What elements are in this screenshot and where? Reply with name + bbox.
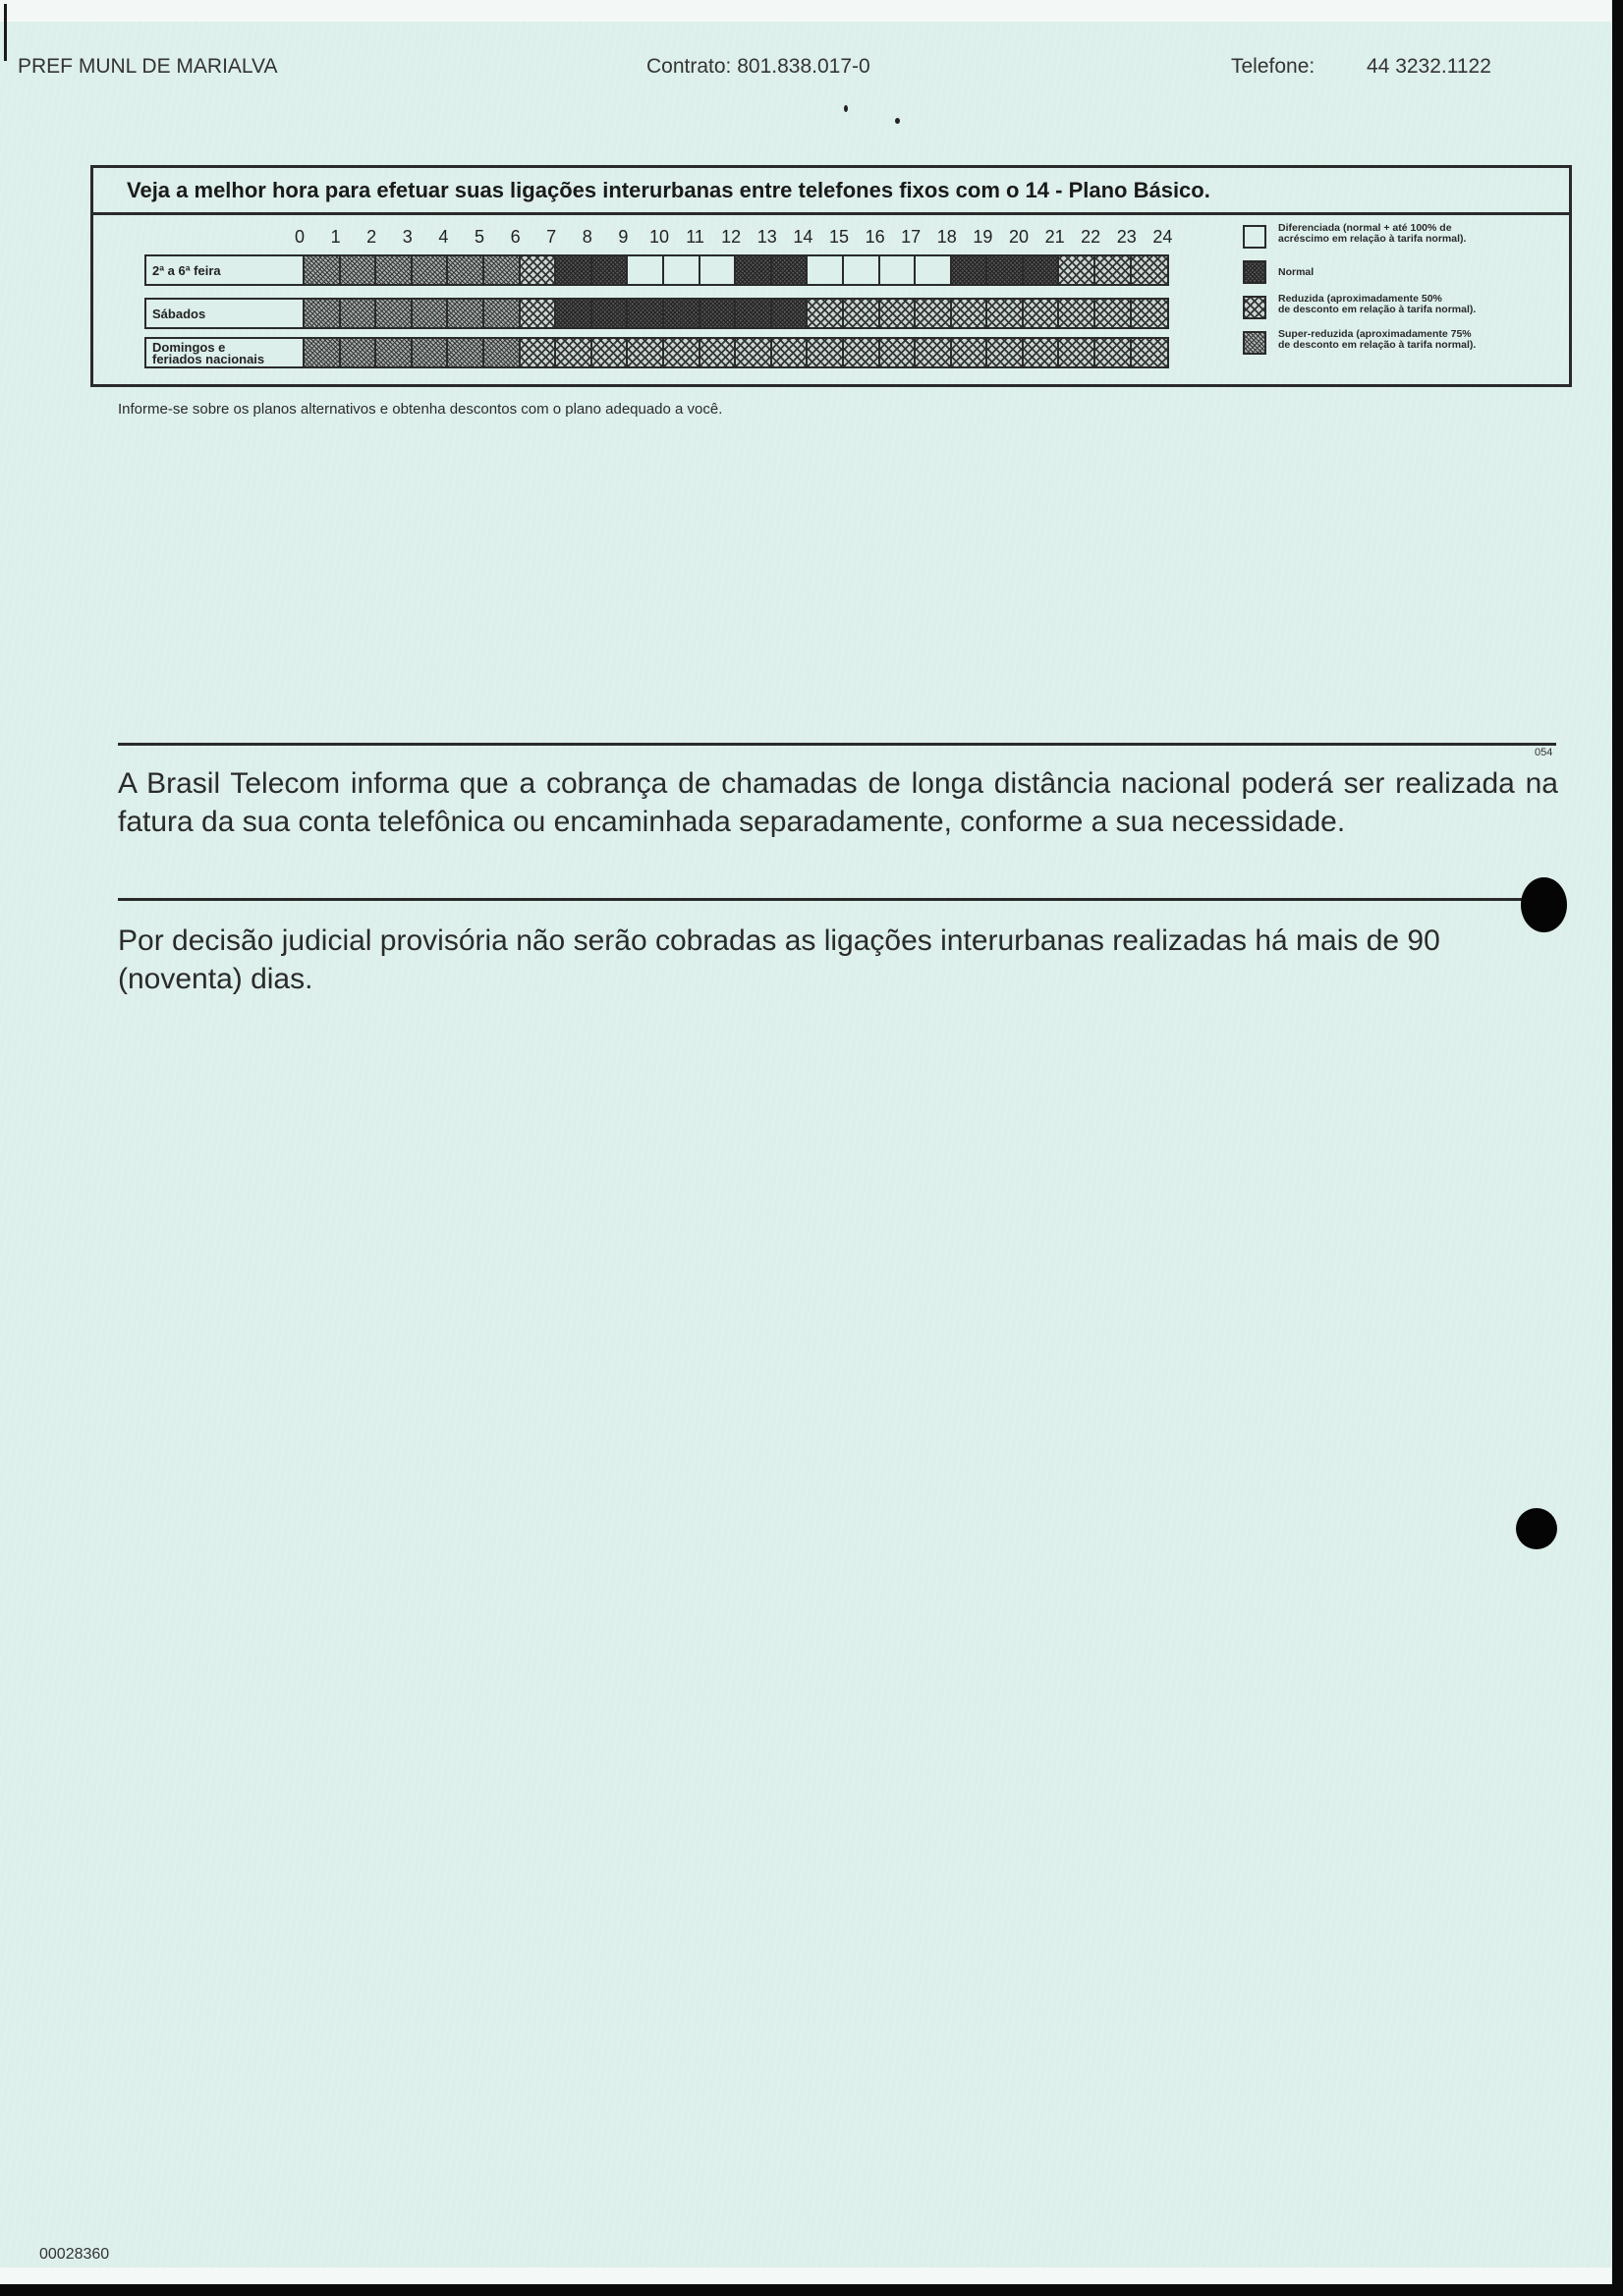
hour-cell [1024,300,1060,327]
hour-tick-label: 1 [318,227,354,248]
hour-tick-label: 6 [498,227,533,248]
contract-number: Contrato: 801.838.017-0 [646,55,870,79]
hour-tick-label: 3 [390,227,425,248]
hour-cell [916,300,952,327]
hour-tick-label: 21 [1037,227,1073,248]
hour-cells [303,254,1169,286]
hour-cell [521,300,557,327]
hour-cell [376,256,413,284]
hour-tick-label: 11 [678,227,713,248]
hour-cell [556,339,592,366]
hour-cell [484,256,521,284]
hour-cell [808,300,844,327]
legend-text: Super-reduzida (aproximadamente 75% de d… [1278,329,1563,351]
customer-name: PREF MUNL DE MARIALVA [18,55,278,79]
hour-cell [844,256,880,284]
hour-cell [987,256,1024,284]
row-label: 2ª a 6ª feira [144,254,303,286]
hour-cell [484,339,521,366]
hour-cell [808,339,844,366]
diferenciada-swatch-icon [1243,225,1266,249]
hour-tick-label: 4 [425,227,461,248]
hour-cell [413,339,449,366]
notice-code: 054 [1535,747,1552,758]
hour-tick-label: 15 [821,227,857,248]
hour-tick-label: 2 [354,227,389,248]
hour-cell [808,256,844,284]
hour-cell [448,339,484,366]
legend-text: Reduzida (aproximadamente 50% de descont… [1278,294,1563,315]
legend-item-diferenciada: Diferenciada (normal + até 100% de acrés… [1243,223,1557,258]
hour-cell [413,300,449,327]
hour-cell [844,339,880,366]
row-label: Sábados [144,298,303,329]
scan-bottom-edge [0,2268,1611,2284]
hour-tick-label: 20 [1001,227,1036,248]
hour-cell [880,256,917,284]
hour-cell [556,300,592,327]
hour-cell [952,256,988,284]
legend-item-reduzida: Reduzida (aproximadamente 50% de descont… [1243,294,1557,329]
hour-cell [448,256,484,284]
scan-border-right [1612,0,1623,2296]
hour-cell [341,300,377,327]
tariff-legend: Diferenciada (normal + até 100% de acrés… [1243,223,1557,364]
hour-tick-label: 7 [533,227,569,248]
punch-hole [1516,1508,1557,1549]
hour-cell [916,256,952,284]
reduzida-swatch-icon [1243,296,1266,319]
hour-cell [1024,339,1060,366]
tariff-note: Informe-se sobre os planos alternativos … [118,401,722,418]
hour-tick-label: 14 [785,227,820,248]
hour-cell [700,339,737,366]
hour-cell [772,300,809,327]
tariff-schedule-box: Veja a melhor hora para efetuar suas lig… [90,165,1572,387]
hour-cell [413,256,449,284]
hour-cell [700,256,737,284]
hour-cell [952,300,988,327]
hour-cell [628,300,664,327]
phone-label: Telefone: [1231,55,1315,79]
hour-tick-label: 18 [929,227,965,248]
hour-cell [772,256,809,284]
hour-cell [376,339,413,366]
hour-cell [1095,256,1132,284]
hour-cell [1059,339,1095,366]
legend-text: Diferenciada (normal + até 100% de acrés… [1278,223,1563,245]
hour-cell [1132,339,1168,366]
normal-swatch-icon [1243,260,1266,284]
hour-cell [376,300,413,327]
hour-cell [1132,300,1168,327]
hour-tick-label: 9 [605,227,641,248]
hour-tick-label: 24 [1145,227,1180,248]
hour-cell [844,300,880,327]
hour-cell [772,339,809,366]
hour-cell [700,300,737,327]
hour-tick-label: 0 [282,227,317,248]
hour-cell [521,339,557,366]
hour-cells [303,298,1169,329]
hour-cell [448,300,484,327]
hour-cell [736,339,772,366]
hour-cell [341,339,377,366]
hour-tick-label: 5 [462,227,497,248]
divider-top [118,743,1556,746]
row-label: Domingos e feriados nacionais [144,337,303,368]
hour-cell [916,339,952,366]
hour-tick-label: 8 [570,227,605,248]
hour-cell [664,339,700,366]
hour-tick-label: 19 [965,227,1000,248]
punch-hole [1521,877,1567,932]
legend-text: Normal [1278,267,1563,278]
hour-cell [664,300,700,327]
hour-cell [305,256,341,284]
hour-cell [305,300,341,327]
tariff-title: Veja a melhor hora para efetuar suas lig… [93,168,1569,215]
hour-tick-label: 23 [1109,227,1145,248]
divider-middle [118,898,1556,901]
hour-cell [556,256,592,284]
hour-cell [592,256,629,284]
scan-top-edge [0,0,1611,22]
hour-cell [341,256,377,284]
hour-cell [592,339,629,366]
hour-cell [1059,256,1095,284]
hour-tick-label: 17 [893,227,928,248]
legend-item-super-reduzida: Super-reduzida (aproximadamente 75% de d… [1243,329,1557,364]
legend-item-normal: Normal [1243,258,1557,294]
hour-cell [1095,339,1132,366]
document-number: 00028360 [39,2246,109,2264]
scan-border-bottom [0,2284,1623,2296]
hour-cell [305,339,341,366]
hour-cell [880,300,917,327]
super-reduzida-swatch-icon [1243,331,1266,355]
hour-cell [628,256,664,284]
hour-cell [736,300,772,327]
hour-cell [987,300,1024,327]
hour-tick-label: 12 [713,227,749,248]
hour-cell [736,256,772,284]
hour-cell [484,300,521,327]
hour-tick-label: 22 [1073,227,1108,248]
hour-tick-label: 10 [642,227,677,248]
notice-judicial-decision: Por decisão judicial provisória não serã… [118,922,1558,998]
hour-cell [987,339,1024,366]
hour-cell [628,339,664,366]
scan-speck [844,105,848,112]
scan-speck [895,118,900,124]
hour-tick-label: 13 [750,227,785,248]
hour-cell [592,300,629,327]
phone-number: 44 3232.1122 [1367,55,1491,79]
hour-cell [952,339,988,366]
hour-cell [664,256,700,284]
hour-tick-label: 16 [858,227,893,248]
hour-cell [1095,300,1132,327]
hour-cells [303,337,1169,368]
hour-cell [1024,256,1060,284]
hour-cell [521,256,557,284]
left-margin-mark [4,4,7,61]
hour-cell [880,339,917,366]
notice-long-distance-billing: A Brasil Telecom informa que a cobrança … [118,764,1558,841]
hours-axis: 0123456789101112131415161718192021222324 [298,227,1182,251]
hour-cell [1059,300,1095,327]
hour-cell [1132,256,1168,284]
